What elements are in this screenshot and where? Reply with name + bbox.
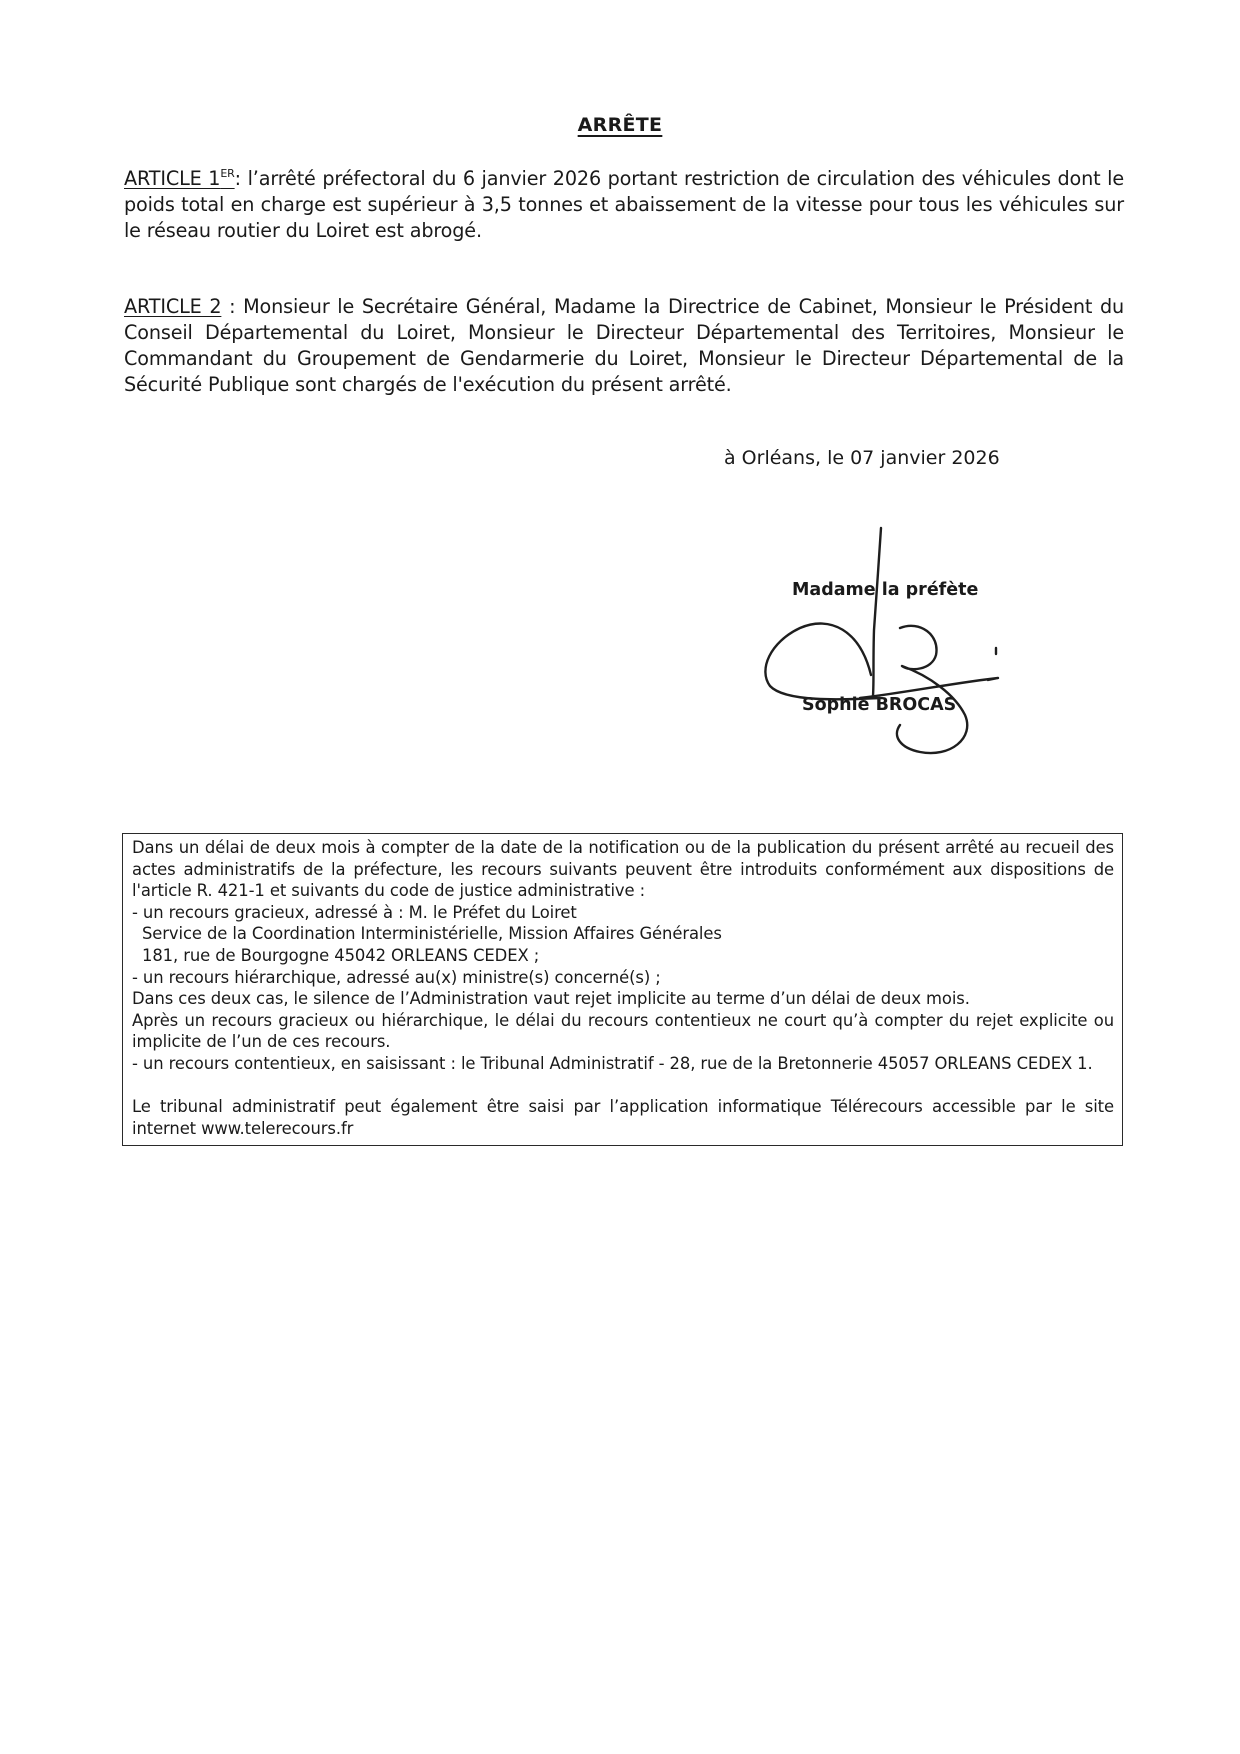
- article-2: ARTICLE 2 : Monsieur le Secrétaire Génér…: [124, 294, 1124, 398]
- article-1-label: ARTICLE 1ER: [124, 167, 235, 190]
- article-1-label-superscript: ER: [220, 167, 234, 180]
- document-title: ARRÊTE: [0, 114, 1240, 136]
- handwritten-signature-icon: [740, 520, 1040, 760]
- article-1-text: l’arrêté préfectoral du 6 janvier 2026 p…: [124, 167, 1124, 242]
- article-1-separator: :: [235, 167, 248, 190]
- notice-recours-hierarchique: - un recours hiérarchique, adressé au(x)…: [132, 967, 1114, 989]
- notice-silence: Dans ces deux cas, le silence de l’Admin…: [132, 988, 1114, 1010]
- title-text: ARRÊTE: [578, 114, 663, 136]
- article-1: ARTICLE 1ER: l’arrêté préfectoral du 6 j…: [124, 166, 1124, 244]
- document-page: ARRÊTE ARTICLE 1ER: l’arrêté préfectoral…: [0, 0, 1240, 1754]
- notice-recours-gracieux: - un recours gracieux, adressé à : M. le…: [132, 902, 1114, 924]
- notice-telerecours: Le tribunal administratif peut également…: [132, 1096, 1114, 1139]
- notice-address-line-1: Service de la Coordination Interministér…: [132, 923, 1114, 945]
- signature-block: Madame la préfète Sophie BROCAS: [740, 520, 1040, 760]
- notice-recours-contentieux: - un recours contentieux, en saisissant …: [132, 1053, 1114, 1075]
- place-and-date: à Orléans, le 07 janvier 2026: [724, 447, 1000, 469]
- notice-address-line-2: 181, rue de Bourgogne 45042 ORLEANS CEDE…: [132, 945, 1114, 967]
- article-2-text: Monsieur le Secrétaire Général, Madame l…: [124, 295, 1124, 396]
- legal-recourse-notice: Dans un délai de deux mois à compter de …: [122, 833, 1123, 1146]
- article-2-label: ARTICLE 2: [124, 295, 221, 318]
- article-1-label-main: ARTICLE 1: [124, 167, 220, 190]
- notice-intro: Dans un délai de deux mois à compter de …: [132, 837, 1114, 902]
- article-2-separator: :: [221, 295, 243, 318]
- notice-spacer: [132, 1075, 1114, 1097]
- notice-apres-recours: Après un recours gracieux ou hiérarchiqu…: [132, 1010, 1114, 1053]
